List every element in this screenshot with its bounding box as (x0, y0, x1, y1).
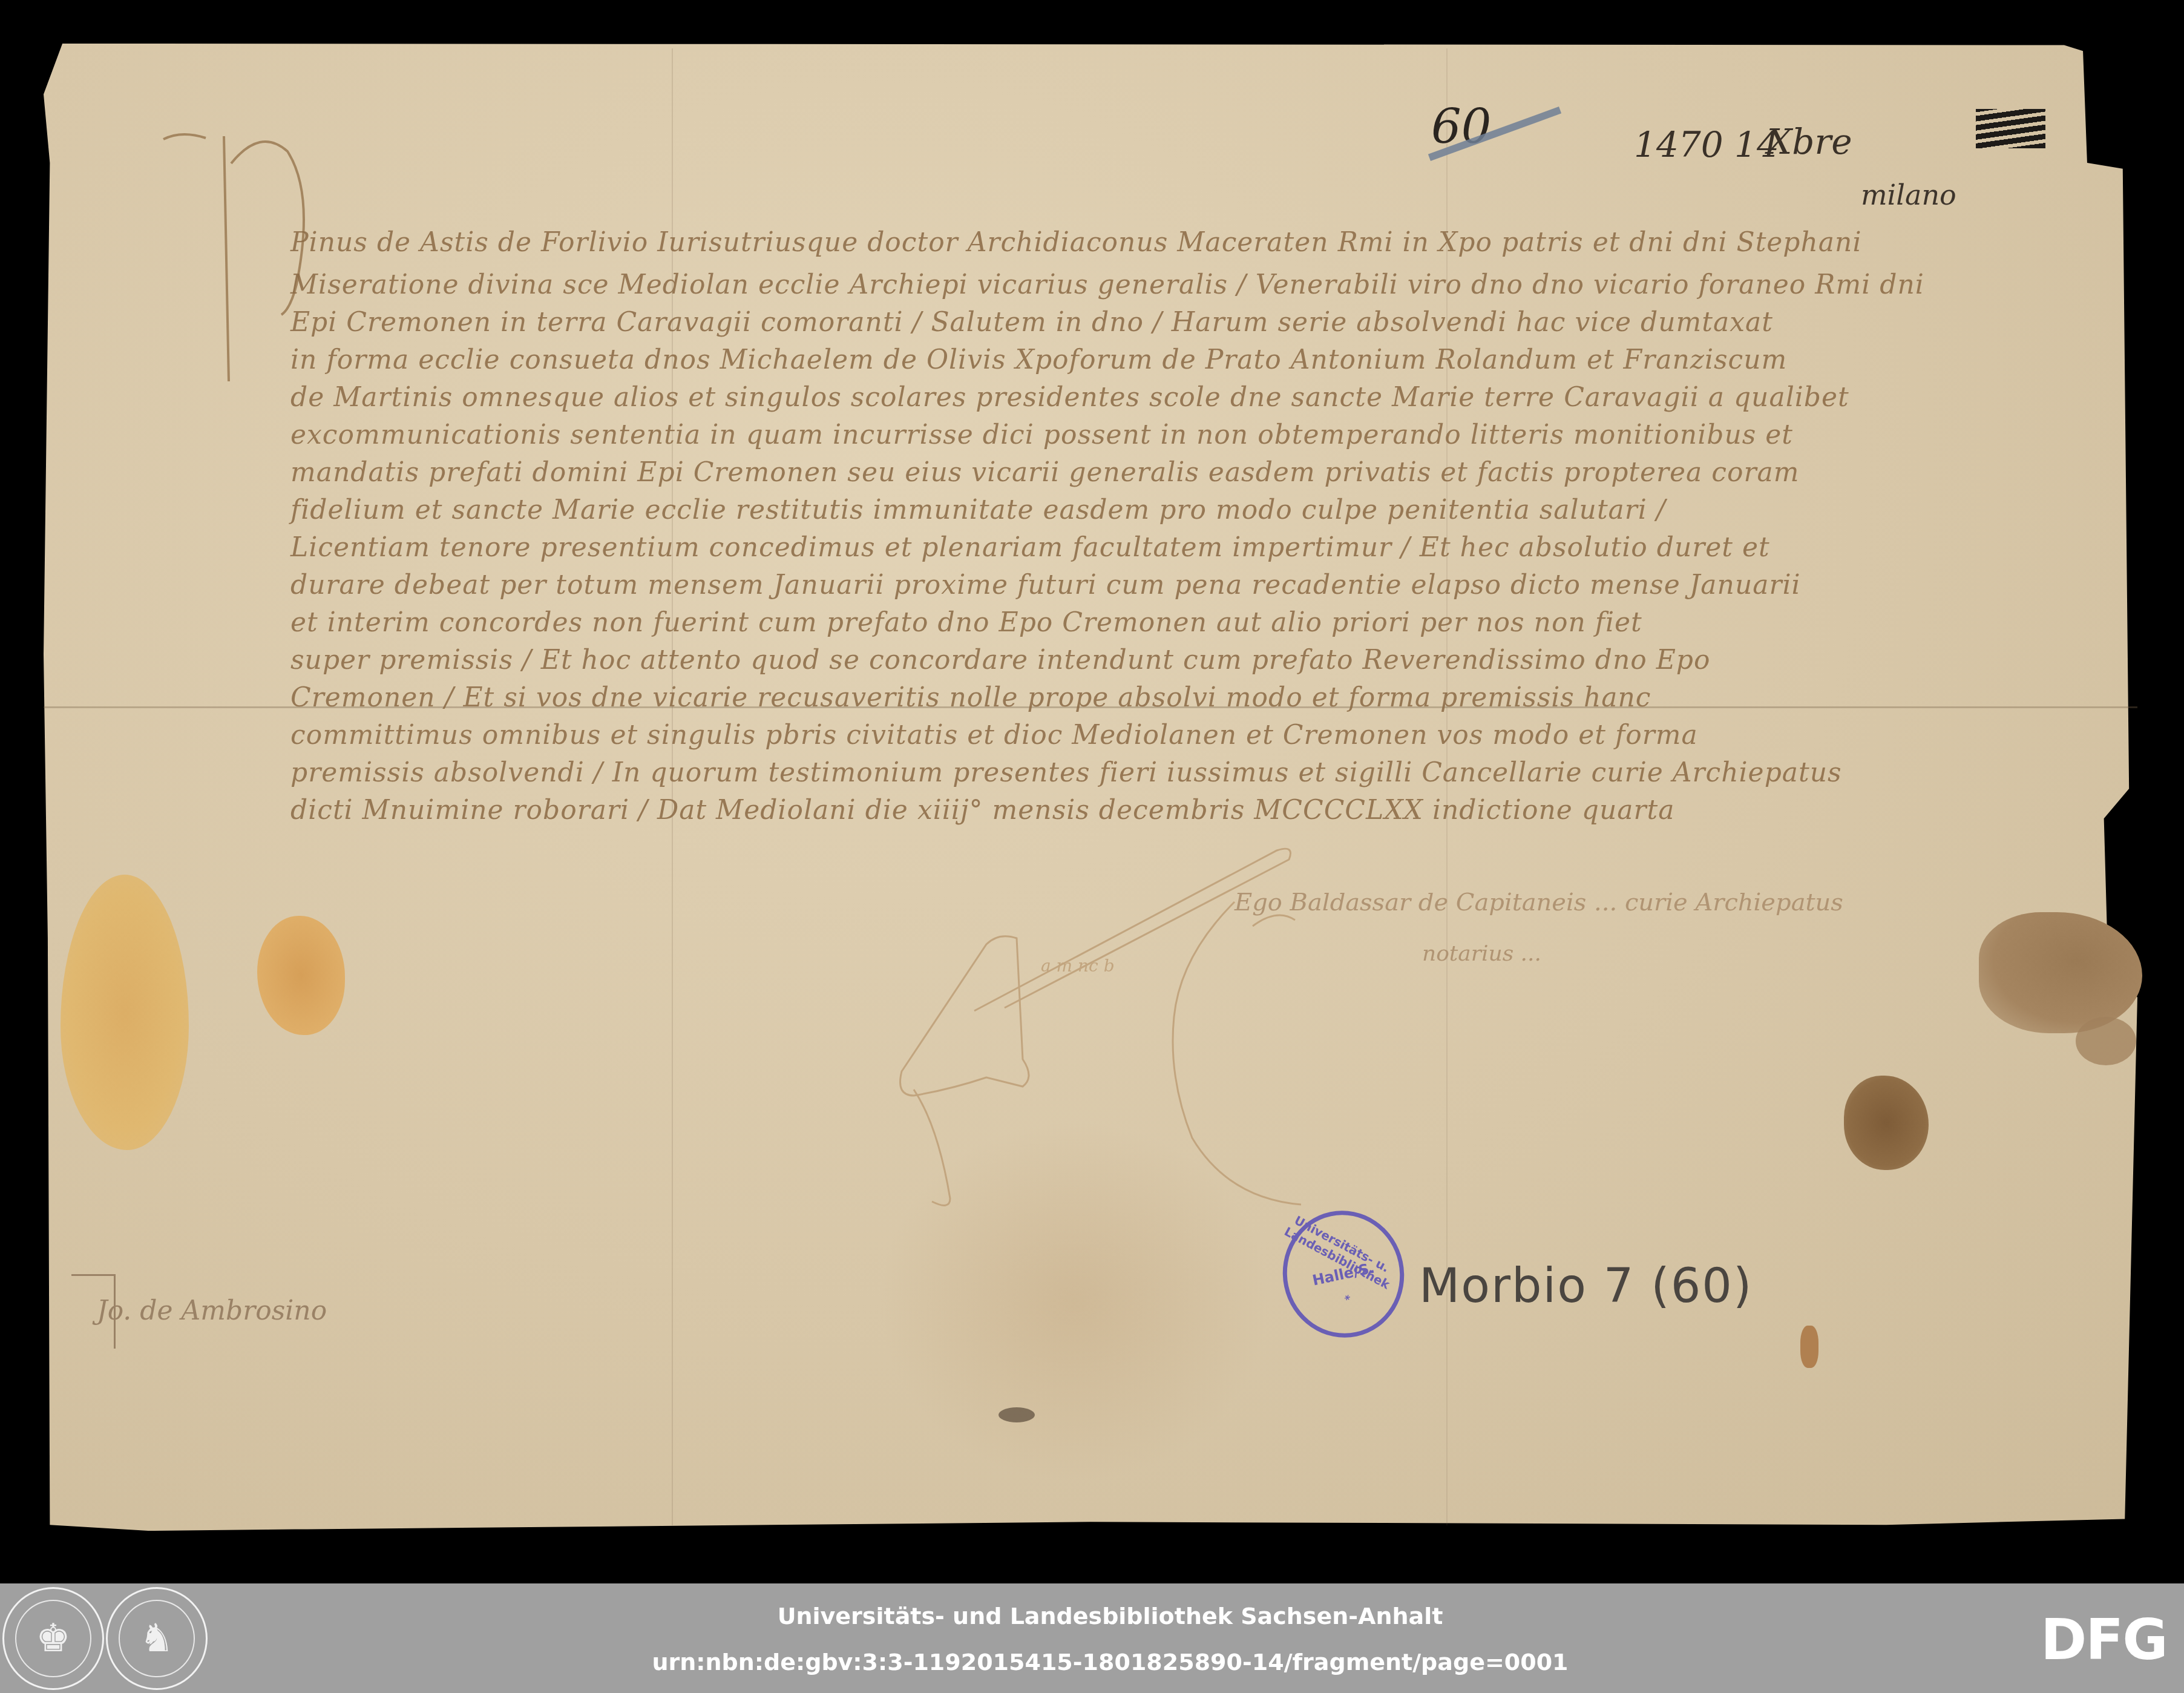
endorsement-note: Jo. de Ambrosino (97, 1295, 327, 1326)
text-line: de Martinis omnesque alios et singulos s… (290, 382, 1849, 413)
notary-signature: notarius ... (1422, 941, 1541, 966)
text-line: Licentiam tenore presentium concedimus e… (290, 532, 1770, 563)
library-name: Universitäts- und Landesbibliothek Sachs… (0, 1603, 2184, 1629)
urn-identifier[interactable]: urn:nbn:de:gbv:3:3-1192015415-1801825890… (0, 1649, 2184, 1675)
text-line: Cremonen / Et si vos dne vicarie recusav… (290, 682, 1651, 713)
dirt-speck (999, 1407, 1035, 1422)
text-line: super premissis / Et hoc attento quod se… (290, 645, 1711, 676)
place-annotation: milano (1861, 179, 1956, 211)
dfg-logo-icon: DFG (2041, 1612, 2167, 1668)
small-stain (1800, 1326, 1818, 1368)
text-line: excommunicationis sententia in quam incu… (290, 419, 1793, 450)
text-line: mandatis prefati domini Epi Cremonen seu… (290, 457, 1799, 488)
notary-signature: Ego Baldassar de Capitaneis ... curie Ar… (1235, 889, 1843, 916)
date-annotation: 1470 14 (1634, 124, 1779, 165)
shelfmark: Morbio 7 (60) (1419, 1259, 1753, 1313)
text-line: premissis absolvendi / In quorum testimo… (290, 757, 1842, 788)
text-line: et interim concordes non fuerint cum pre… (290, 607, 1642, 638)
text-line: in forma ecclie consueta dnos Michaelem … (290, 344, 1787, 375)
text-line: fidelium et sancte Marie ecclie restitut… (290, 495, 1666, 525)
text-line: dicti Mnuimine roborari / Dat Mediolani … (290, 795, 1674, 826)
water-stain (1979, 912, 2142, 1033)
ink-stain (1844, 1076, 1929, 1170)
water-stain (2076, 1017, 2136, 1065)
image-viewer: Pinus de Astis de Forlivio Iurisutriusqu… (0, 0, 2184, 1583)
text-line: Epi Cremonen in terra Caravagii comorant… (290, 307, 1773, 338)
text-line: durare debeat per totum mensem Januarii … (290, 570, 1801, 600)
text-line: Pinus de Astis de Forlivio Iurisutriusqu… (290, 227, 1862, 258)
text-line: committimus omnibus et singulis pbris ci… (290, 720, 1698, 751)
svg-text:a m nc b: a m nc b (1041, 956, 1115, 976)
scribbled-out-mark (1976, 109, 2045, 148)
month-annotation: Xbre (1767, 121, 1852, 162)
footer-bar: ♚ ♞ Universitäts- und Landesbibliothek S… (0, 1583, 2184, 1693)
text-line: Miseratione divina sce Mediolan ecclie A… (290, 269, 1924, 300)
